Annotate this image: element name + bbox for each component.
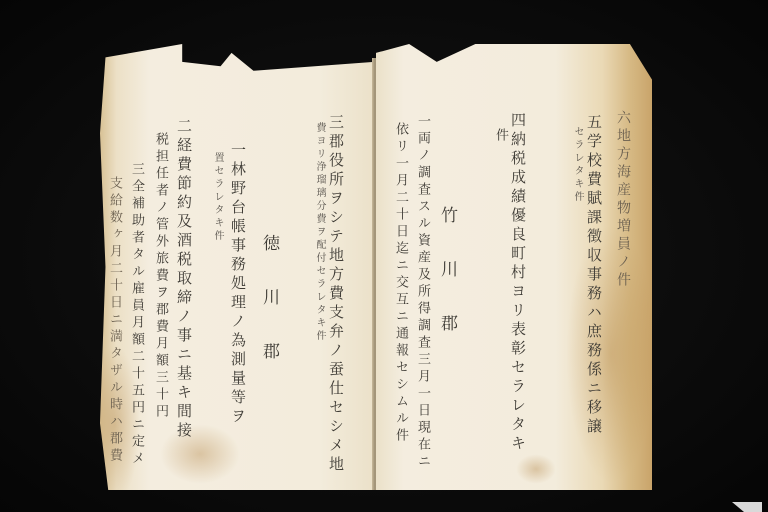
open-manuscript-book: 三郡役所ヲシテ地方費支弁ノ蚕仕セシメ地 費ヨリ浄瑠璃分費ヲ配付セラレタキ件 徳 … bbox=[100, 44, 652, 490]
right-col-item4: 四納税成績優良町村ヨリ表彰セラレタキ bbox=[510, 112, 525, 454]
right-col-item5-cont: セラレタキ件 bbox=[572, 126, 582, 204]
left-col-item3: 三全補助者タル雇員月額二十五円ニ定メ bbox=[130, 162, 143, 468]
left-col-item1: 一林野台帳事務処理ノ為測量等ヲ bbox=[230, 142, 245, 427]
water-stain bbox=[566, 224, 652, 484]
right-col-item4-cont: 件 bbox=[494, 128, 507, 145]
right-page: 六地方海産物増員ノ件 五学校費賦課徴収事務ハ庶務係ニ移譲 セラレタキ件 四納税成… bbox=[376, 44, 652, 490]
left-page: 三郡役所ヲシテ地方費支弁ノ蚕仕セシメ地 費ヨリ浄瑠璃分費ヲ配付セラレタキ件 徳 … bbox=[100, 44, 374, 490]
left-col-item2-cont: 税担任者ノ管外旅費ヲ郡費月額三十円 bbox=[154, 132, 167, 421]
left-heading-gun: 徳 川 郡 bbox=[260, 234, 277, 369]
right-col-item5: 五学校費賦課徴収事務ハ庶務係ニ移譲 bbox=[586, 114, 601, 437]
right-col-item1-cont: 依リ一月二十日迄ニ交互ニ通報セシムル件 bbox=[394, 122, 407, 445]
right-col-item1: 一両ノ調査スル資産及所得調査三月一日現在ニ bbox=[416, 114, 429, 471]
left-col-edge: 支給数ヶ月二十日ニ満タザル時ハ郡費 bbox=[108, 176, 121, 465]
left-col-item1-cont: 置セラレタキ件 bbox=[212, 152, 222, 243]
water-stain bbox=[516, 454, 556, 484]
right-col-item6: 六地方海産物増員ノ件 bbox=[616, 110, 630, 290]
left-col-item3-cont: 費ヨリ浄瑠璃分費ヲ配付セラレタキ件 bbox=[314, 122, 324, 343]
left-col-item3-head: 三郡役所ヲシテ地方費支弁ノ蚕仕セシメ地 bbox=[328, 114, 343, 475]
right-heading-gun: 竹 川 郡 bbox=[438, 206, 455, 341]
water-stain bbox=[160, 424, 240, 484]
left-col-item2: 二経費節約及酒税取締ノ事ニ基キ間接 bbox=[176, 118, 191, 441]
